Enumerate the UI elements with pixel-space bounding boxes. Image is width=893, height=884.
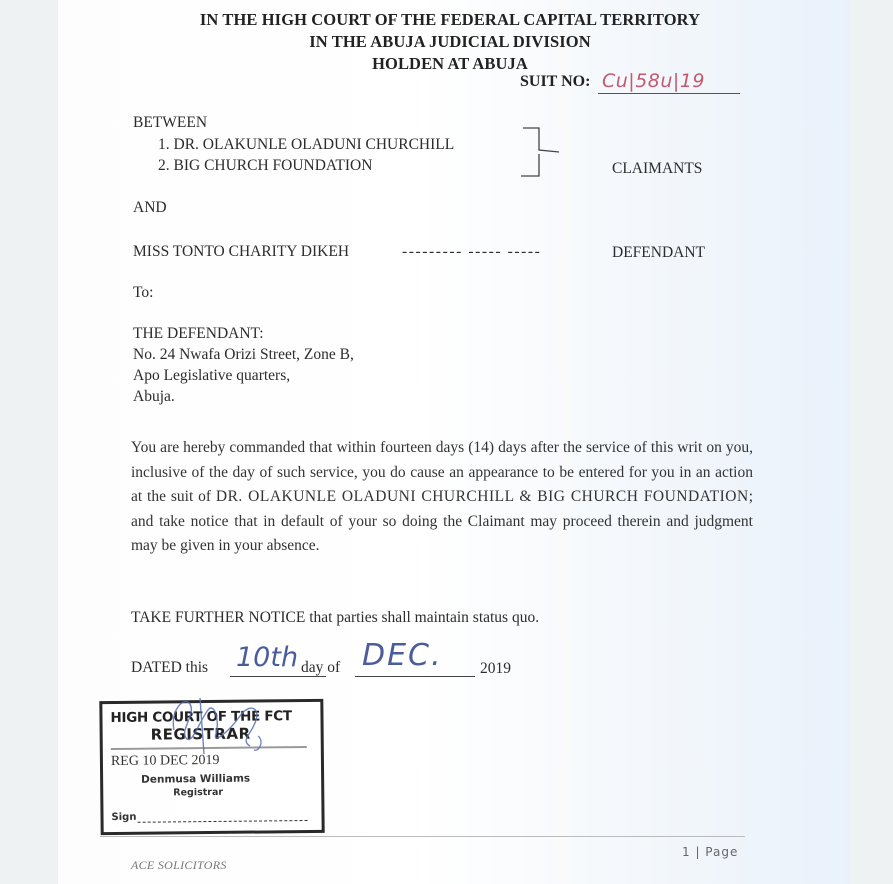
month-underline bbox=[355, 676, 475, 677]
defendant-label: DEFENDANT bbox=[612, 244, 705, 262]
to-label: To: bbox=[133, 284, 153, 302]
brace-icon bbox=[515, 124, 565, 180]
page-margin bbox=[850, 0, 893, 884]
between-label: BETWEEN bbox=[133, 114, 207, 132]
further-notice: TAKE FURTHER NOTICE that parties shall m… bbox=[131, 609, 539, 627]
stamp-registrar-name: Denmusa Williams bbox=[141, 773, 250, 786]
signature-scribble-icon bbox=[160, 690, 270, 760]
dated-year: 2019 bbox=[480, 660, 511, 678]
claimant-2: 2. BIG CHURCH FOUNDATION bbox=[158, 157, 372, 175]
stamp-registrar-title: Registrar bbox=[173, 787, 223, 799]
address-line-3: Abuja. bbox=[133, 388, 175, 406]
writ-command-paragraph: You are hereby commanded that within fou… bbox=[131, 436, 753, 559]
month-handwritten: DEC. bbox=[362, 638, 443, 673]
suit-number-underline bbox=[598, 93, 740, 94]
address-line-2: Apo Legislative quarters, bbox=[133, 367, 290, 385]
suit-number-label: SUIT NO: bbox=[520, 73, 590, 91]
address-line-1: No. 24 Nwafa Orizi Street, Zone B, bbox=[133, 346, 354, 364]
court-heading-line-2: IN THE ABUJA JUDICIAL DIVISION bbox=[150, 32, 750, 52]
address-title: THE DEFENDANT: bbox=[133, 325, 264, 343]
day-handwritten: 10th bbox=[236, 642, 298, 673]
defendant-leader-dots: --------- ----- ----- bbox=[402, 243, 541, 261]
footer-firm-name: ACE SOLICITORS bbox=[131, 858, 227, 873]
dated-middle: day of bbox=[301, 659, 340, 677]
command-claimants: DR. OLAKUNLE OLADUNI CHURCHILL & BIG CHU… bbox=[216, 488, 749, 505]
claimants-label: CLAIMANTS bbox=[612, 160, 702, 178]
stamp-sign-line bbox=[138, 820, 308, 823]
stamp-sign-label: Sign bbox=[111, 812, 136, 823]
footer-divider bbox=[100, 836, 745, 837]
defendant-name: MISS TONTO CHARITY DIKEH bbox=[133, 243, 349, 261]
claimant-1: 1. DR. OLAKUNLE OLADUNI CHURCHILL bbox=[158, 136, 454, 154]
court-heading-line-1: IN THE HIGH COURT OF THE FEDERAL CAPITAL… bbox=[150, 10, 750, 30]
suit-number-handwritten: Cu|58u|19 bbox=[602, 70, 705, 92]
dated-prefix: DATED this bbox=[131, 659, 208, 677]
page-number: 1 | Page bbox=[682, 845, 738, 859]
and-label: AND bbox=[133, 199, 167, 217]
